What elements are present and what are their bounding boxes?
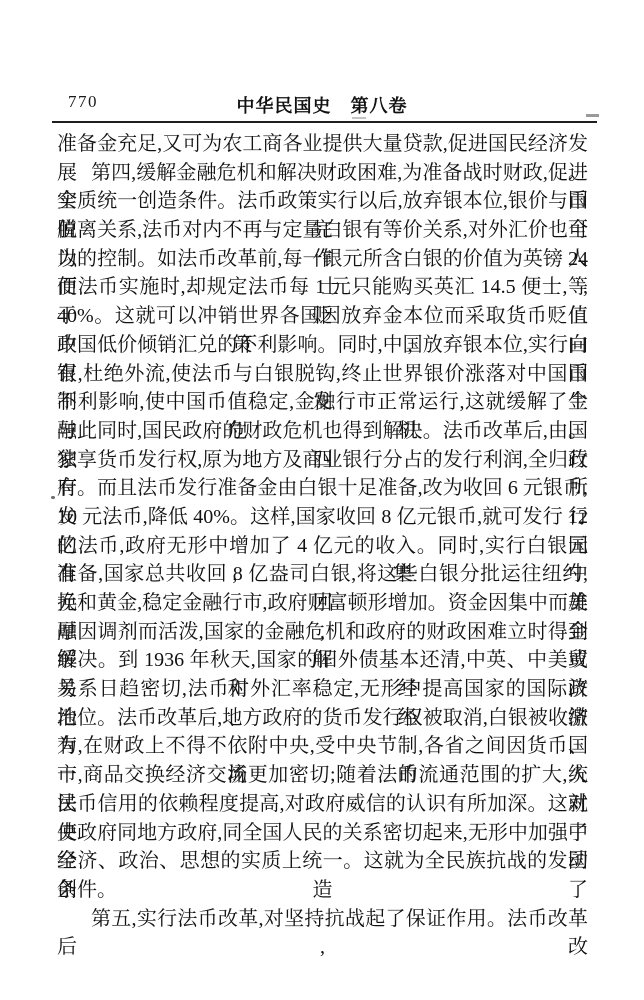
text-line: 经济、政治、思想的实质上统一。这就为全民族抗战的发动创造了 (57, 847, 588, 876)
text-line: 一,商品交换经济交流更加密切;随着法币流通范围的扩大,人民对 (57, 761, 588, 790)
scan-artifact (586, 114, 599, 117)
text-line: 为的控制。如法币改革前,每一银元所含白银的价值为英镑 24 便士, (57, 245, 588, 274)
text-line: 有。而且法币发行准备金由白银十足准备,改为收回 6 元银币,发行 (57, 474, 588, 503)
text-line: 第五,实行法币改革,对坚持抗战起了保证作用。法币改革后,改 (57, 905, 588, 934)
text-line: 独享货币发行权,原为地方及商业银行分占的发行利润,全归政府所 (57, 446, 588, 475)
text-line: 40%。这就可以冲销世界各国因放弃金本位而采取货币贬值政策,向 (57, 302, 588, 331)
text-line: 关系日趋密切,法币对外汇率稳定,无形中提高国家的国际政治、经济 (57, 675, 588, 704)
text-line: 元和黄金,稳定金融行市,政府财富顿形增加。资金因集中而雄厚,金 (57, 589, 588, 618)
text-line: 10 元法币,降低 40%。这样,国家收回 8 亿元银币,就可发行 12 亿元 (57, 503, 588, 532)
scan-artifact (51, 496, 55, 499)
page-header: 770 中华民国史 第八卷 (0, 92, 644, 116)
text-line: 准备,国家总共收回 8 亿盎司白银,将这些白银分批运往纽约,换回美 (57, 560, 588, 589)
text-line: 中国低价倾销汇兑的不利影响。同时,中国放弃银本位,实行白银国 (57, 331, 588, 360)
book-title: 中华民国史 第八卷 (0, 92, 644, 118)
scan-artifact (352, 117, 366, 119)
text-line: 脱离关系,法币对内不再与定量白银有等价关系,对外汇价也可以作人 (57, 216, 588, 245)
text-line: 准备金充足,又可为农工商各业提供大量贷款,促进国民经济发展。 (57, 130, 588, 159)
text-line: 法币信用的依赖程度提高,对政府威信的认识有所加深。这就使中 (57, 790, 588, 819)
text-line: 实质统一创造条件。法币政策实行以后,放弃银本位,银价与币值完全 (57, 187, 588, 216)
text-line: 融因调剂而活泼,国家的金融危机和政府的财政困难立时得到缓解或 (57, 618, 588, 647)
text-line: 有,杜绝外流,使法币与白银脱钩,终止世界银价涨落对中国币制发生 (57, 360, 588, 389)
text-line: 与此同时,国民政府的财政危机也得到解决。法币改革后,由国家四行 (57, 417, 588, 446)
text-line: 不利影响,使中国币值稳定,金融行市正常运行,这就缓解了金融危机。 (57, 388, 588, 417)
book-page: 770 中华民国史 第八卷 准备金充足,又可为农工商各业提供大量贷款,促进国民经… (0, 0, 644, 1000)
text-line: 地位。法币改革后,地方政府的货币发行权被取消,白银被收缴为国 (57, 704, 588, 733)
text-line: 解决。到 1936 年秋天,国家的旧外债基本还清,中英、中美贸易和经济 (57, 646, 588, 675)
text-line: 而法币实施时,却规定法币每 1 元只能购买英汇 14.5 便士,等于贬值 (57, 273, 588, 302)
header-rule (52, 121, 597, 123)
text-line: 有,在财政上不得不依附中央,受中央节制,各省之间因货币、市场的统 (57, 732, 588, 761)
text-line: 第四,缓解金融危机和解决财政困难,为准备战时财政,促进全国 (57, 159, 588, 188)
text-line: 的法币,政府无形中增加了 4 亿元的收入。同时,实行白银国有,集中 (57, 532, 588, 561)
text-line: 央政府同地方政府,同全国人民的关系密切起来,无形中加强了全国 (57, 819, 588, 848)
body-text: 准备金充足,又可为农工商各业提供大量贷款,促进国民经济发展。 第四,缓解金融危机… (57, 130, 588, 933)
